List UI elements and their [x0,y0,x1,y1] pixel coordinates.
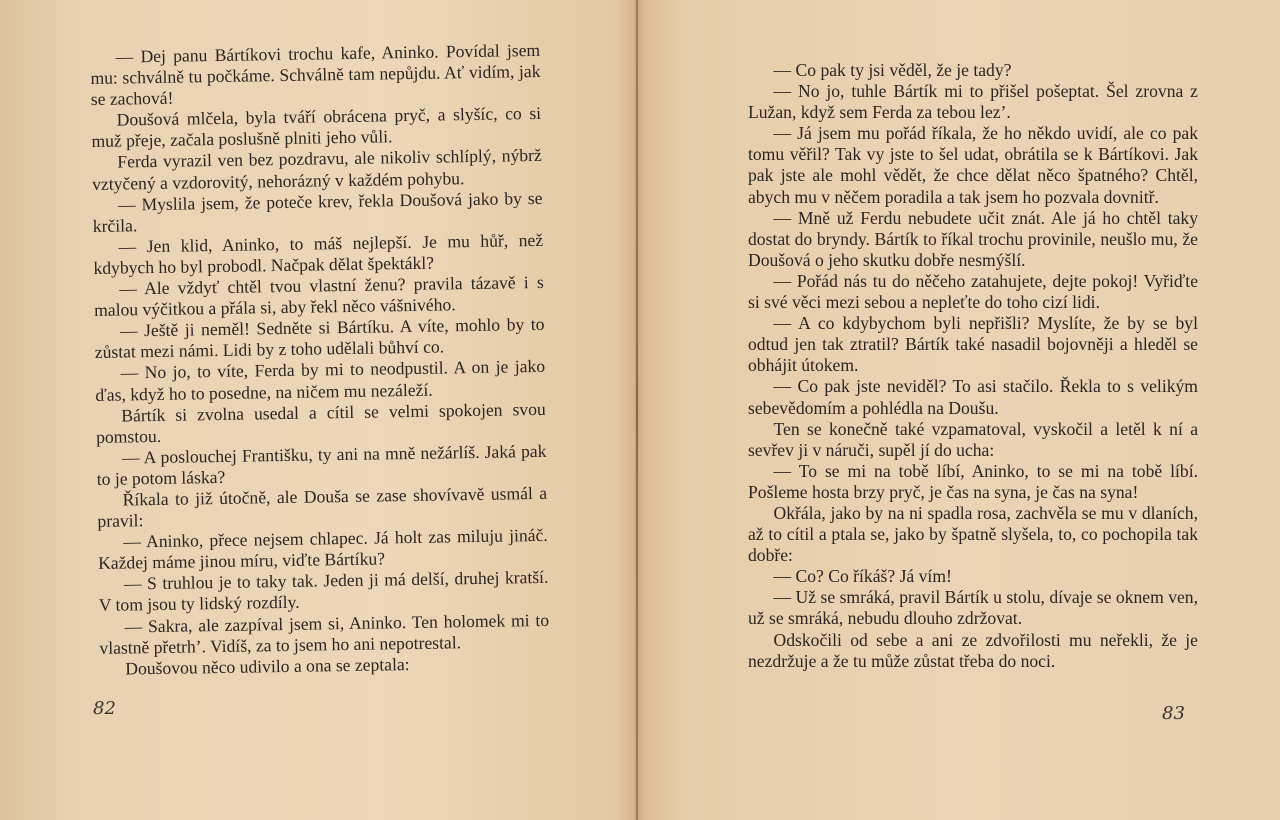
paragraph: — Mně už Ferdu nebudete učit znát. Ale j… [748,208,1198,271]
paragraph: — No jo, tuhle Bártík mi to přišel pošep… [748,81,1198,123]
paragraph: Odskočili od sebe a ani ze zdvořilosti m… [748,630,1198,672]
paragraph: — A poslouchej Františku, ty ani na mně … [96,441,547,490]
paragraph: — S truhlou je to taky tak. Jeden ji má … [98,567,549,616]
paragraph: Ten se konečně také vzpamatoval, vyskoči… [748,419,1198,461]
paragraph: — Jen klid, Aninko, to máš nejlepší. Je … [93,230,544,279]
right-page-text: — Co pak ty jsi věděl, že je tady? — No … [748,60,1198,672]
paragraph: — Pořád nás tu do něčeho zatahujete, dej… [748,271,1198,313]
paragraph: Bártík si zvolna usedal a cítil se velmi… [96,398,547,447]
paragraph: — A co kdybychom byli nepřišli? Myslíte,… [748,313,1198,376]
paragraph: — Už se smráká, pravil Bártík u stolu, d… [748,587,1198,629]
page-number-left: 82 [93,698,116,719]
paragraph: — Já jsem mu pořád říkala, že ho někdo u… [748,123,1198,207]
paragraph: — Co pak ty jsi věděl, že je tady? [748,60,1198,81]
page-number-right: 83 [1162,703,1185,724]
paragraph: Doušová mlčela, byla tváří obrácena pryč… [91,103,542,152]
left-page-text: — Dej panu Bártíkovi trochu kafe, Aninko… [90,40,550,680]
paragraph: — Ještě ji neměl! Sedněte si Bártíku. A … [94,314,545,363]
right-page: — Co pak ty jsi věděl, že je tady? — No … [638,0,1280,820]
paragraph: — Co pak jste neviděl? To asi stačilo. Ř… [748,376,1198,418]
paragraph: — Myslila jsem, že poteče krev, řekla Do… [92,188,543,237]
paragraph: Okřála, jako by na ni spadla rosa, zachv… [748,503,1198,566]
paragraph: — Sakra, ale zazpíval jsem si, Aninko. T… [99,609,550,658]
paragraph: — Ale vždyť chtěl tvou vlastní ženu? pra… [94,272,545,321]
paragraph: — Co? Co říkáš? Já vím! [748,566,1198,587]
left-page: — Dej panu Bártíkovi trochu kafe, Aninko… [0,0,636,820]
paragraph: Ferda vyrazil ven bez pozdravu, ale niko… [92,145,543,194]
paragraph: — No jo, to víte, Ferda by mi to neodpus… [95,356,546,405]
paragraph: — Aninko, přece nejsem chlapec. Já holt … [98,525,549,574]
open-book-spread: — Dej panu Bártíkovi trochu kafe, Aninko… [0,0,1280,820]
paragraph: — To se mi na tobě líbí, Aninko, to se m… [748,461,1198,503]
paragraph: Říkala to již útočně, ale Douša se zase … [97,483,548,532]
paragraph: — Dej panu Bártíkovi trochu kafe, Aninko… [90,40,541,110]
